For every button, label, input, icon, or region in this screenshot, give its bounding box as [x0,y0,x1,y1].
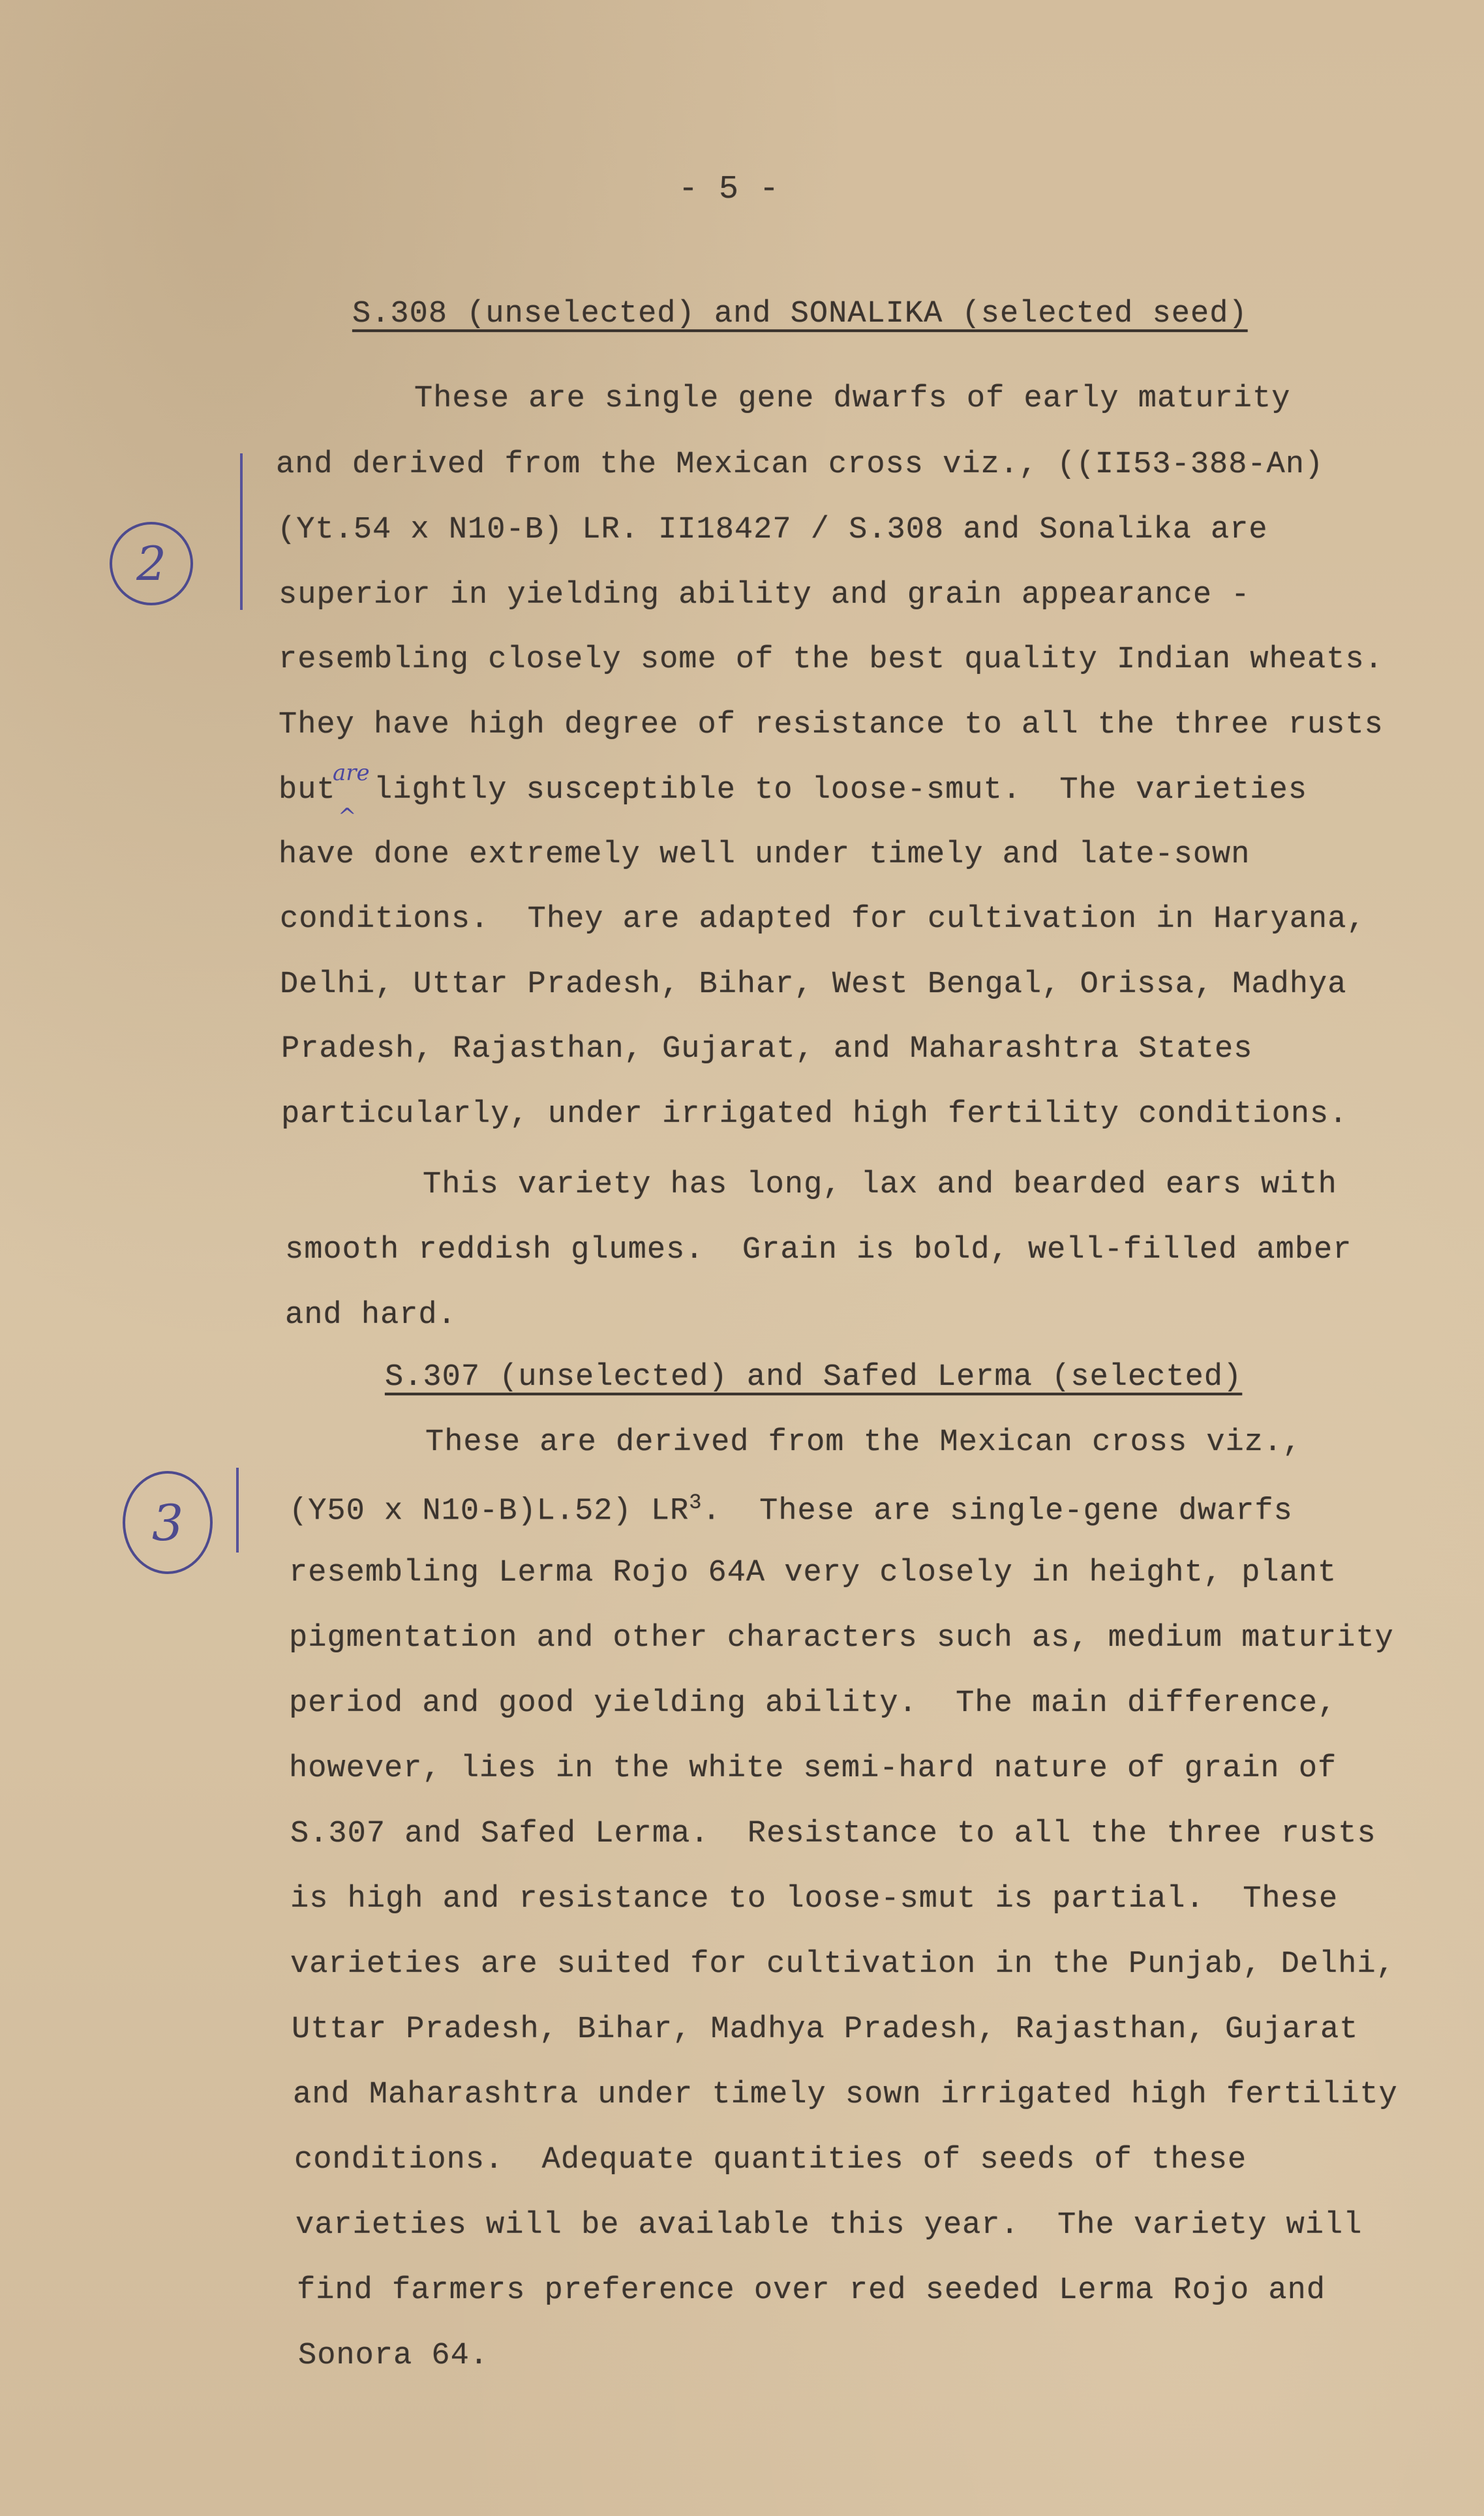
paragraph-line: and derived from the Mexican cross viz.,… [276,447,1324,482]
page-number: - 5 - [678,171,780,208]
paragraph-line: This variety has long, lax and bearded e… [423,1168,1337,1202]
paragraph-line: resembling Lerma Rojo 64A very closely i… [289,1556,1337,1590]
section-heading-s308-sonalika: S.308 (unselected) and SONALIKA (selecte… [352,297,1248,331]
paragraph-line: pigmentation and other characters such a… [289,1621,1394,1656]
paragraph-line: and Maharashtra under timely sown irriga… [293,2078,1398,2112]
paragraph-line: They have high degree of resistance to a… [279,708,1384,742]
formula-text: (Y50 x N10-B)L.52) LR [289,1494,689,1529]
margin-circle-mark-2: 2 [110,522,193,605]
paragraph-line: period and good yielding ability. The ma… [289,1686,1337,1721]
paragraph-line: find farmers preference over red seeded … [297,2273,1325,2308]
paragraph-line: Pradesh, Rajasthan, Gujarat, and Maharas… [281,1032,1252,1067]
paragraph-line: varieties are suited for cultivation in … [290,1947,1395,1982]
insertion-caret: ^ [338,804,357,830]
paragraph-line: is high and resistance to loose-smut is … [290,1882,1338,1917]
handwritten-insertion: are [333,760,370,786]
margin-mark-label: 2 [136,536,166,591]
paragraph-line: have done extremely well under timely an… [279,838,1250,872]
formula-tail: . These are single-gene dwarfs [703,1494,1293,1529]
margin-mark-label: 3 [152,1494,183,1552]
paragraph-line: These are derived from the Mexican cross… [425,1425,1301,1460]
paragraph-line: (Y50 x N10-B)L.52) LR3. These are single… [289,1491,1293,1529]
margin-circle-mark-3: 3 [123,1471,213,1574]
paragraph-line: particularly, under irrigated high ferti… [281,1097,1348,1132]
paragraph-line: resembling closely some of the best qual… [279,643,1384,677]
superscript: 3 [689,1491,702,1515]
paragraph-line: smooth reddish glumes. Grain is bold, we… [285,1233,1352,1267]
paragraph-line: superior in yielding ability and grain a… [279,578,1250,613]
margin-bracket-line [236,1468,239,1553]
paragraph-line: varieties will be available this year. T… [295,2208,1362,2243]
paragraph-line: Sonora 64. [298,2339,489,2373]
paragraph-line: Delhi, Uttar Pradesh, Bihar, West Bengal… [280,967,1346,1002]
paragraph-line: These are single gene dwarfs of early ma… [414,382,1290,416]
paragraph-line: S.307 and Safed Lerma. Resistance to all… [290,1817,1376,1851]
paragraph-line: conditions. They are adapted for cultiva… [280,902,1366,937]
section-heading-s307-safed-lerma: S.307 (unselected) and Safed Lerma (sele… [385,1360,1242,1395]
paragraph-line: and hard. [285,1298,457,1333]
paragraph-line: conditions. Adequate quantities of seeds… [294,2143,1247,2177]
paragraph-line: however, lies in the white semi-hard nat… [289,1751,1337,1786]
margin-bracket-line [240,453,243,610]
paragraph-line: Uttar Pradesh, Bihar, Madhya Pradesh, Ra… [292,2012,1358,2047]
paragraph-line: but lightly susceptible to loose-smut. T… [279,773,1307,808]
paragraph-line: (Yt.54 x N10-B) LR. II18427 / S.308 and … [277,513,1268,547]
